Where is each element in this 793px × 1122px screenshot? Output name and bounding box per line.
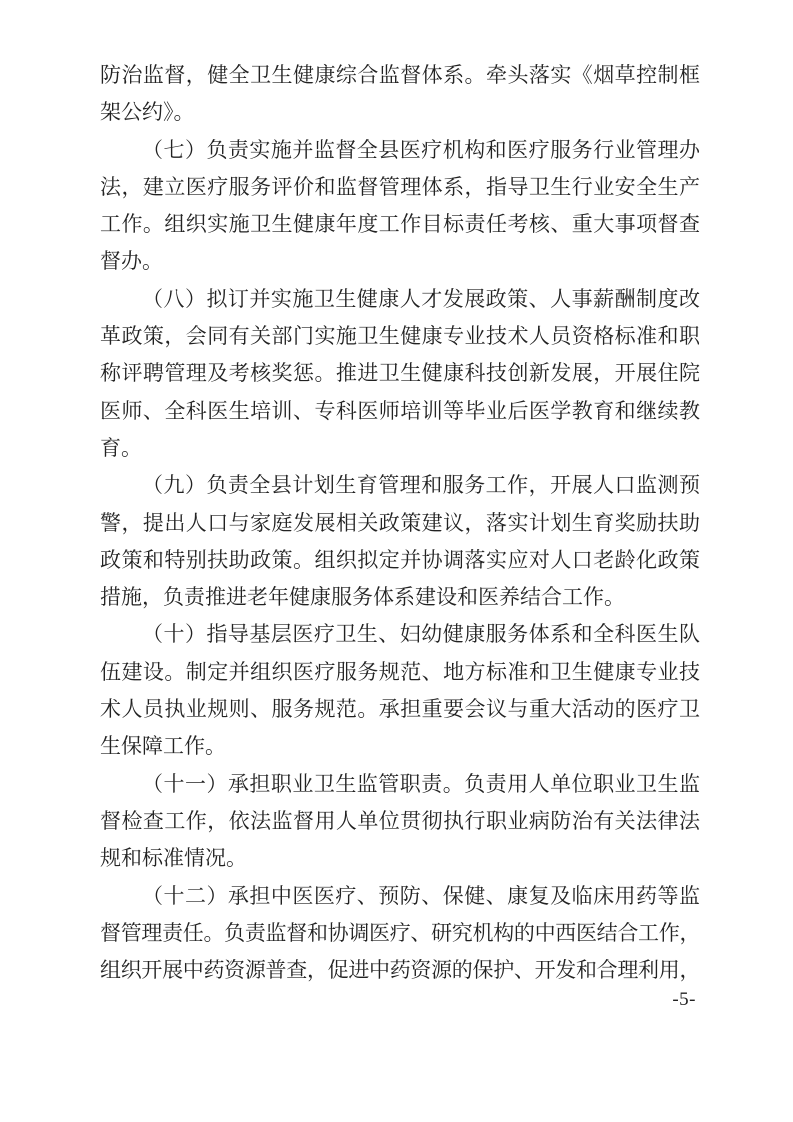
text-line: 工作。组织实施卫生健康年度工作目标责任考核、重大事项督查 xyxy=(100,206,700,243)
text-line: （十）指导基层医疗卫生、妇幼健康服务体系和全科医生队 xyxy=(100,616,700,653)
document-page: 防治监督，健全卫生健康综合监督体系。牵头落实《烟草控制框 架公约》。 （七）负责… xyxy=(0,0,793,1122)
para-item-9: （九）负责全县计划生育管理和服务工作，开展人口监测预 警，提出人口与家庭发展相关… xyxy=(100,467,700,616)
text-line: 革政策，会同有关部门实施卫生健康专业技术人员资格标准和职 xyxy=(100,318,700,355)
text-line: 医师、全科医生培训、专科医师培训等毕业后医学教育和继续教 xyxy=(100,393,700,430)
text-line: 督检查工作，依法监督用人单位贯彻执行职业病防治有关法律法 xyxy=(100,803,700,840)
text-line: 督办。 xyxy=(100,243,700,280)
text-line: 组织开展中药资源普查，促进中药资源的保护、开发和合理利用， xyxy=(100,952,700,989)
text-line: 规和标准情况。 xyxy=(100,840,700,877)
para-item-7: （七）负责实施并监督全县医疗机构和医疗服务行业管理办 法，建立医疗服务评价和监督… xyxy=(100,132,700,281)
document-body: 防治监督，健全卫生健康综合监督体系。牵头落实《烟草控制框 架公约》。 （七）负责… xyxy=(100,57,700,989)
text-line: 法，建立医疗服务评价和监督管理体系，指导卫生行业安全生产 xyxy=(100,169,700,206)
text-line: 政策和特别扶助政策。组织拟定并协调落实应对人口老龄化政策 xyxy=(100,542,700,579)
text-line: 督管理责任。负责监督和协调医疗、研究机构的中西医结合工作， xyxy=(100,915,700,952)
text-line: （十一）承担职业卫生监管职责。负责用人单位职业卫生监 xyxy=(100,766,700,803)
page-number: -5- xyxy=(672,989,696,1011)
para-item-12: （十二）承担中医医疗、预防、保健、康复及临床用药等监 督管理责任。负责监督和协调… xyxy=(100,878,700,990)
para-continuation: 防治监督，健全卫生健康综合监督体系。牵头落实《烟草控制框 架公约》。 xyxy=(100,57,700,132)
para-item-8: （八）拟订并实施卫生健康人才发展政策、人事薪酬制度改 革政策，会同有关部门实施卫… xyxy=(100,281,700,467)
text-line: 伍建设。制定并组织医疗服务规范、地方标准和卫生健康专业技 xyxy=(100,654,700,691)
text-line: 警，提出人口与家庭发展相关政策建议，落实计划生育奖励扶助 xyxy=(100,505,700,542)
text-line: （八）拟订并实施卫生健康人才发展政策、人事薪酬制度改 xyxy=(100,281,700,318)
text-line: 生保障工作。 xyxy=(100,728,700,765)
para-item-10: （十）指导基层医疗卫生、妇幼健康服务体系和全科医生队 伍建设。制定并组织医疗服务… xyxy=(100,616,700,765)
text-line: （七）负责实施并监督全县医疗机构和医疗服务行业管理办 xyxy=(100,132,700,169)
text-line: 育。 xyxy=(100,430,700,467)
text-line: 防治监督，健全卫生健康综合监督体系。牵头落实《烟草控制框 xyxy=(100,57,700,94)
para-item-11: （十一）承担职业卫生监管职责。负责用人单位职业卫生监 督检查工作，依法监督用人单… xyxy=(100,766,700,878)
text-line: 称评聘管理及考核奖惩。推进卫生健康科技创新发展，开展住院 xyxy=(100,355,700,392)
text-line: （九）负责全县计划生育管理和服务工作，开展人口监测预 xyxy=(100,467,700,504)
text-line: （十二）承担中医医疗、预防、保健、康复及临床用药等监 xyxy=(100,878,700,915)
text-line: 措施，负责推进老年健康服务体系建设和医养结合工作。 xyxy=(100,579,700,616)
text-line: 术人员执业规则、服务规范。承担重要会议与重大活动的医疗卫 xyxy=(100,691,700,728)
text-line: 架公约》。 xyxy=(100,94,700,131)
